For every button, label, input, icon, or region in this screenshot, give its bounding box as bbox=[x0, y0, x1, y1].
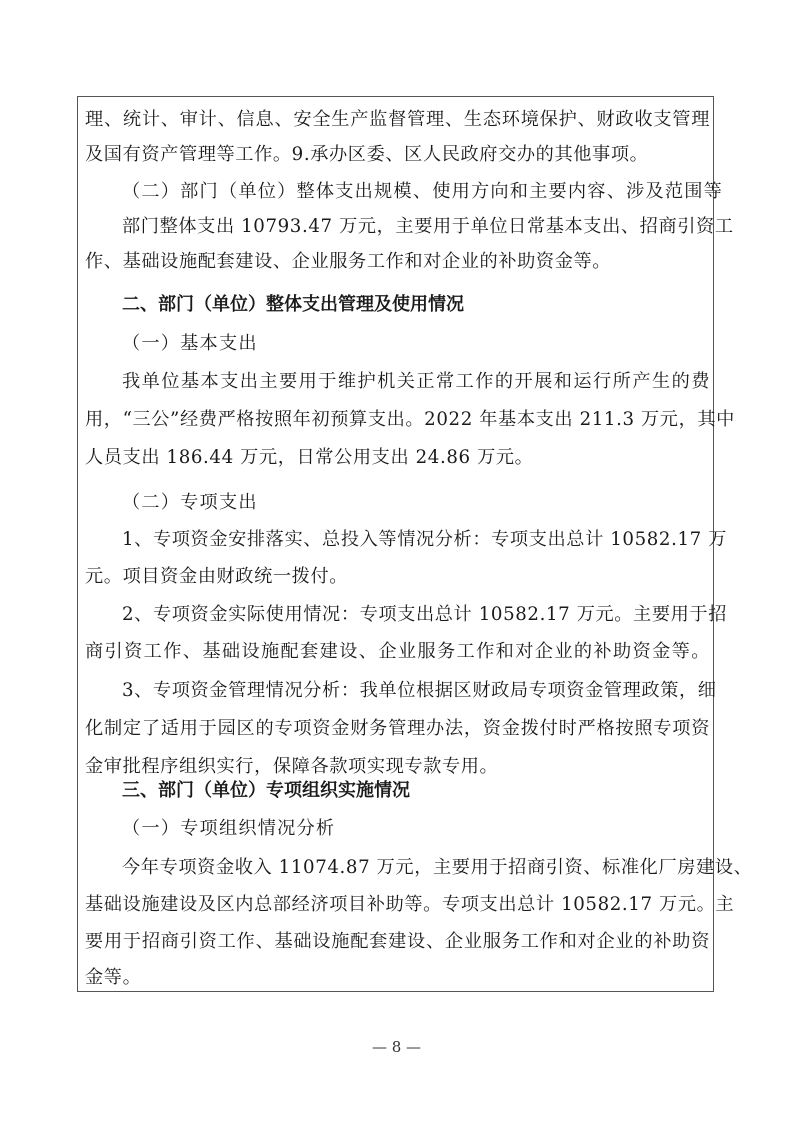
section-heading: 二、部门（单位）整体支出管理及使用情况 bbox=[122, 293, 710, 317]
subsection-heading: （一）基本支出 bbox=[122, 332, 710, 356]
section-heading: 三、部门（单位）专项组织实施情况 bbox=[122, 779, 710, 803]
paragraph-line: 基础设施建设及区内总部经济项目补助等。专项支出总计 10582.17 万元。主 bbox=[85, 893, 710, 917]
paragraph-line: 金等。 bbox=[85, 966, 710, 990]
subsection-heading: （一）专项组织情况分析 bbox=[122, 817, 710, 841]
paragraph-line: 要用于招商引资工作、基础设施配套建设、企业服务工作和对企业的补助资 bbox=[85, 930, 710, 954]
paragraph-line: 商引资工作、基础设施配套建设、企业服务工作和对企业的补助资金等。 bbox=[85, 640, 710, 664]
paragraph-line: 我单位基本支出主要用于维护机关正常工作的开展和运行所产生的费 bbox=[122, 370, 710, 394]
paragraph-line: 用，“三公”经费严格按照年初预算支出。2022 年基本支出 211.3 万元，其… bbox=[85, 408, 710, 432]
subsection-heading: （二）部门（单位）整体支出规模、使用方向和主要内容、涉及范围等 bbox=[122, 180, 710, 204]
paragraph-line: 金审批程序组织实行，保障各款项实现专款专用。 bbox=[85, 755, 710, 779]
paragraph-line: 理、统计、审计、信息、安全生产监督管理、生态环境保护、财政收支管理 bbox=[85, 108, 710, 132]
paragraph-line: 人员支出 186.44 万元，日常公用支出 24.86 万元。 bbox=[85, 446, 710, 470]
paragraph-line: 化制定了适用于园区的专项资金财务管理办法，资金拨付时严格按照专项资 bbox=[85, 717, 710, 741]
paragraph-line: 及国有资产管理等工作。9.承办区委、区人民政府交办的其他事项。 bbox=[85, 143, 710, 167]
paragraph-line: 部门整体支出 10793.47 万元，主要用于单位日常基本支出、招商引资工 bbox=[122, 215, 710, 239]
paragraph-line: 作、基础设施配套建设、企业服务工作和对企业的补助资金等。 bbox=[85, 250, 710, 274]
subsection-heading: （二）专项支出 bbox=[122, 491, 710, 515]
page-number: — 8 — bbox=[0, 1038, 793, 1056]
paragraph-line: 1、专项资金安排落实、总投入等情况分析：专项支出总计 10582.17 万 bbox=[122, 528, 710, 552]
paragraph-line: 2、专项资金实际使用情况：专项支出总计 10582.17 万元。主要用于招 bbox=[122, 603, 710, 627]
paragraph-line: 元。项目资金由财政统一拨付。 bbox=[85, 565, 710, 589]
paragraph-line: 3、专项资金管理情况分析：我单位根据区财政局专项资金管理政策，细 bbox=[122, 679, 710, 703]
paragraph-line: 今年专项资金收入 11074.87 万元，主要用于招商引资、标准化厂房建设、 bbox=[122, 856, 710, 880]
